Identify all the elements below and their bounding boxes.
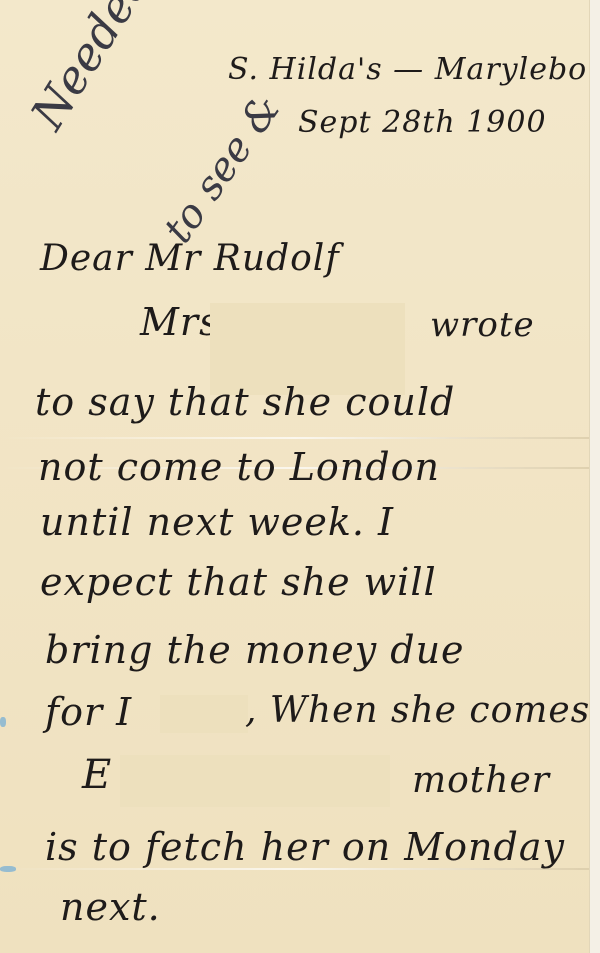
letter-line-mother: mother [412, 760, 550, 801]
paper-edge [589, 0, 600, 953]
pencil-annotation-to-see: to see & [155, 87, 290, 252]
letter-line: not come to London [38, 445, 440, 489]
letter-line-when: , When she comes [245, 690, 590, 731]
letter-line: bring the money due [45, 628, 465, 672]
letter-line: next. [60, 885, 161, 929]
letter-line-e: E [82, 752, 112, 798]
letter-address: S. Hilda's — Marylebone [228, 52, 600, 87]
blue-ink-mark [0, 866, 16, 872]
blue-ink-mark [0, 717, 6, 727]
redaction-box [160, 695, 248, 733]
letter-line: expect that she will [40, 560, 437, 604]
letter-line: until next week. I [40, 500, 394, 544]
letter-line-mrs: Mrs [140, 300, 220, 344]
paper-fold [0, 437, 589, 439]
letter-date: Sept 28th 1900 [298, 105, 547, 140]
letter-line-for: for I [45, 690, 132, 734]
letter-line: to say that she could [35, 380, 455, 424]
letter-line-wrote: wrote [430, 305, 535, 345]
letter-line: is to fetch her on Monday [45, 825, 565, 869]
pencil-annotation-needed: Needed [20, 0, 162, 139]
letter-salutation: Dear Mr Rudolf [40, 238, 340, 279]
letter-page: Needed to see & [signature] S. Hilda's —… [0, 0, 589, 953]
redaction-box [120, 755, 390, 807]
